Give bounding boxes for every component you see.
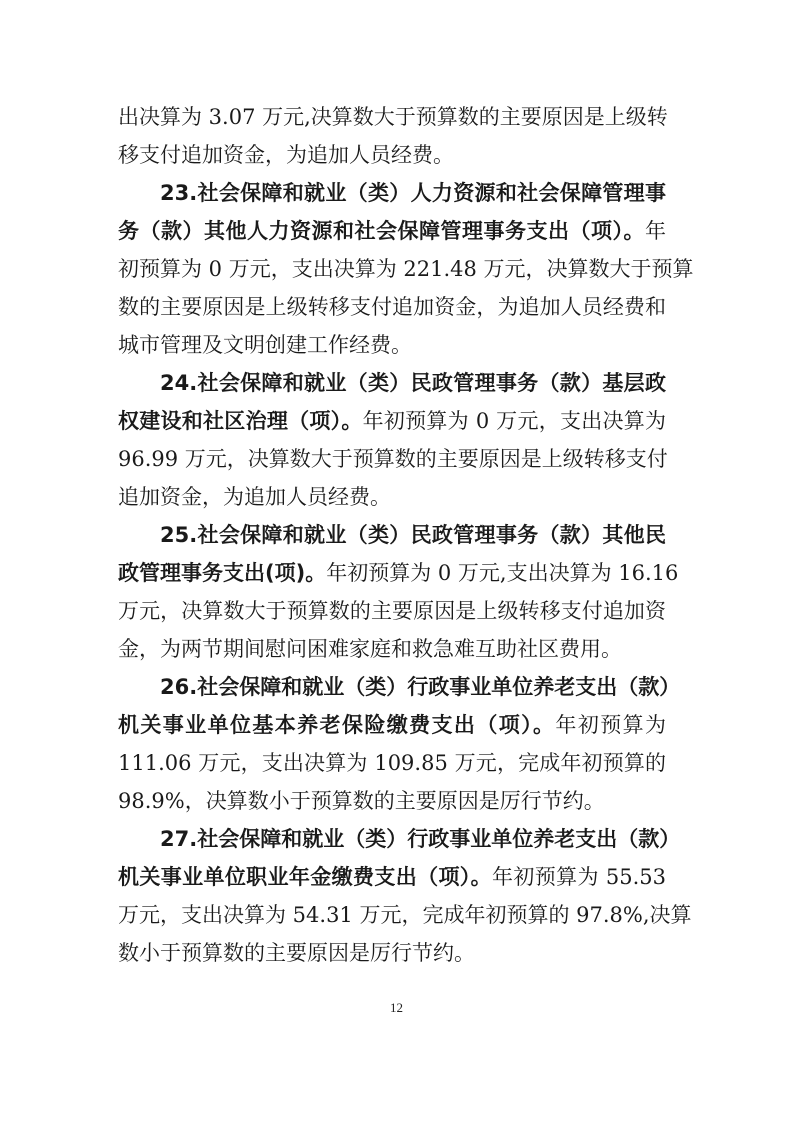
text-line-7: 城市管理及文明创建工作经费。 <box>118 330 666 360</box>
text-line-14: 万元，决算数大于预算数的主要原因是上级转移支付追加资 <box>118 596 666 626</box>
item-24-heading-line-2: 权建设和社区治理（项）。年初预算为 0 万元，支出决算为 <box>118 406 666 436</box>
text-segment: 年初预算为 <box>555 713 666 737</box>
text-segment: 出决算为 3.07 万元,决算数大于预算数的主要原因是上级转 <box>118 105 668 129</box>
text-line-1: 出决算为 3.07 万元,决算数大于预算数的主要原因是上级转 <box>118 102 666 132</box>
text-segment: 年初预算为 0 万元,支出决算为 16.16 <box>326 561 678 585</box>
text-line-19: 98.9%，决算数小于预算数的主要原因是厉行节约。 <box>118 786 666 816</box>
text-segment: 万元，支出决算为 54.31 万元，完成年初预算的 97.8%,决算 <box>118 903 692 927</box>
text-line-5: 初预算为 0 万元，支出决算为 221.48 万元，决算数大于预算 <box>118 254 666 284</box>
text-segment: 移支付追加资金，为追加人员经费。 <box>118 143 454 167</box>
text-line-6: 数的主要原因是上级转移支付追加资金，为追加人员经费和 <box>118 292 666 322</box>
item-27-heading-line-2: 机关事业单位职业年金缴费支出（项）。年初预算为 55.53 <box>118 862 666 892</box>
text-segment: 年初预算为 55.53 <box>492 865 666 889</box>
text-line-10: 96.99 万元，决算数大于预算数的主要原因是上级转移支付 <box>118 444 666 474</box>
text-segment: 金，为两节期间慰问困难家庭和救急难互助社区费用。 <box>118 637 622 661</box>
item-heading: 政管理事务支出(项)。 <box>118 561 326 585</box>
item-heading: 机关事业单位基本养老保险缴费支出（项）。 <box>118 713 555 737</box>
text-line-2: 移支付追加资金，为追加人员经费。 <box>118 140 666 170</box>
text-segment: 98.9%，决算数小于预算数的主要原因是厉行节约。 <box>118 789 605 813</box>
text-segment: 111.06 万元，支出决算为 109.85 万元，完成年初预算的 <box>118 751 666 775</box>
text-segment: 96.99 万元，决算数大于预算数的主要原因是上级转移支付 <box>118 447 668 471</box>
text-line-22: 万元，支出决算为 54.31 万元，完成年初预算的 97.8%,决算 <box>118 900 666 930</box>
item-23-heading-line-1: 23.社会保障和就业（类）人力资源和社会保障管理事 <box>160 178 666 208</box>
item-heading: 权建设和社区治理（项）。 <box>118 409 363 433</box>
text-segment: 数小于预算数的主要原因是厉行节约。 <box>118 941 475 965</box>
item-25-heading-line-2: 政管理事务支出(项)。年初预算为 0 万元,支出决算为 16.16 <box>118 558 666 588</box>
item-heading: 24.社会保障和就业（类）民政管理事务（款）基层政 <box>160 371 666 395</box>
text-segment: 城市管理及文明创建工作经费。 <box>118 333 412 357</box>
item-heading: 机关事业单位职业年金缴费支出（项）。 <box>118 865 492 889</box>
text-segment: 年 <box>645 219 666 243</box>
text-segment: 万元，决算数大于预算数的主要原因是上级转移支付追加资 <box>118 599 666 623</box>
document-page: 出决算为 3.07 万元,决算数大于预算数的主要原因是上级转 移支付追加资金，为… <box>0 0 793 1122</box>
text-line-18: 111.06 万元，支出决算为 109.85 万元，完成年初预算的 <box>118 748 666 778</box>
text-segment: 初预算为 0 万元，支出决算为 221.48 万元，决算数大于预算 <box>118 257 694 281</box>
text-line-11: 追加资金，为追加人员经费。 <box>118 482 666 512</box>
item-heading: 27.社会保障和就业（类）行政事业单位养老支出（款） <box>160 827 680 851</box>
text-segment: 数的主要原因是上级转移支付追加资金，为追加人员经费和 <box>118 295 666 319</box>
item-heading: 23.社会保障和就业（类）人力资源和社会保障管理事 <box>160 181 666 205</box>
text-segment: 追加资金，为追加人员经费。 <box>118 485 391 509</box>
text-line-15: 金，为两节期间慰问困难家庭和救急难互助社区费用。 <box>118 634 666 664</box>
item-24-heading-line-1: 24.社会保障和就业（类）民政管理事务（款）基层政 <box>160 368 666 398</box>
item-heading: 26.社会保障和就业（类）行政事业单位养老支出（款） <box>160 675 680 699</box>
text-segment: 年初预算为 0 万元，支出决算为 <box>363 409 666 433</box>
text-line-23: 数小于预算数的主要原因是厉行节约。 <box>118 938 666 968</box>
item-23-heading-line-2: 务（款）其他人力资源和社会保障管理事务支出（项）。年 <box>118 216 666 246</box>
item-heading: 25.社会保障和就业（类）民政管理事务（款）其他民 <box>160 523 666 547</box>
item-26-heading-line-1: 26.社会保障和就业（类）行政事业单位养老支出（款） <box>160 672 666 702</box>
item-heading: 务（款）其他人力资源和社会保障管理事务支出（项）。 <box>118 219 645 243</box>
item-27-heading-line-1: 27.社会保障和就业（类）行政事业单位养老支出（款） <box>160 824 666 854</box>
page-number: 12 <box>0 1000 793 1016</box>
item-26-heading-line-2: 机关事业单位基本养老保险缴费支出（项）。年初预算为 <box>118 710 666 740</box>
item-25-heading-line-1: 25.社会保障和就业（类）民政管理事务（款）其他民 <box>160 520 666 550</box>
